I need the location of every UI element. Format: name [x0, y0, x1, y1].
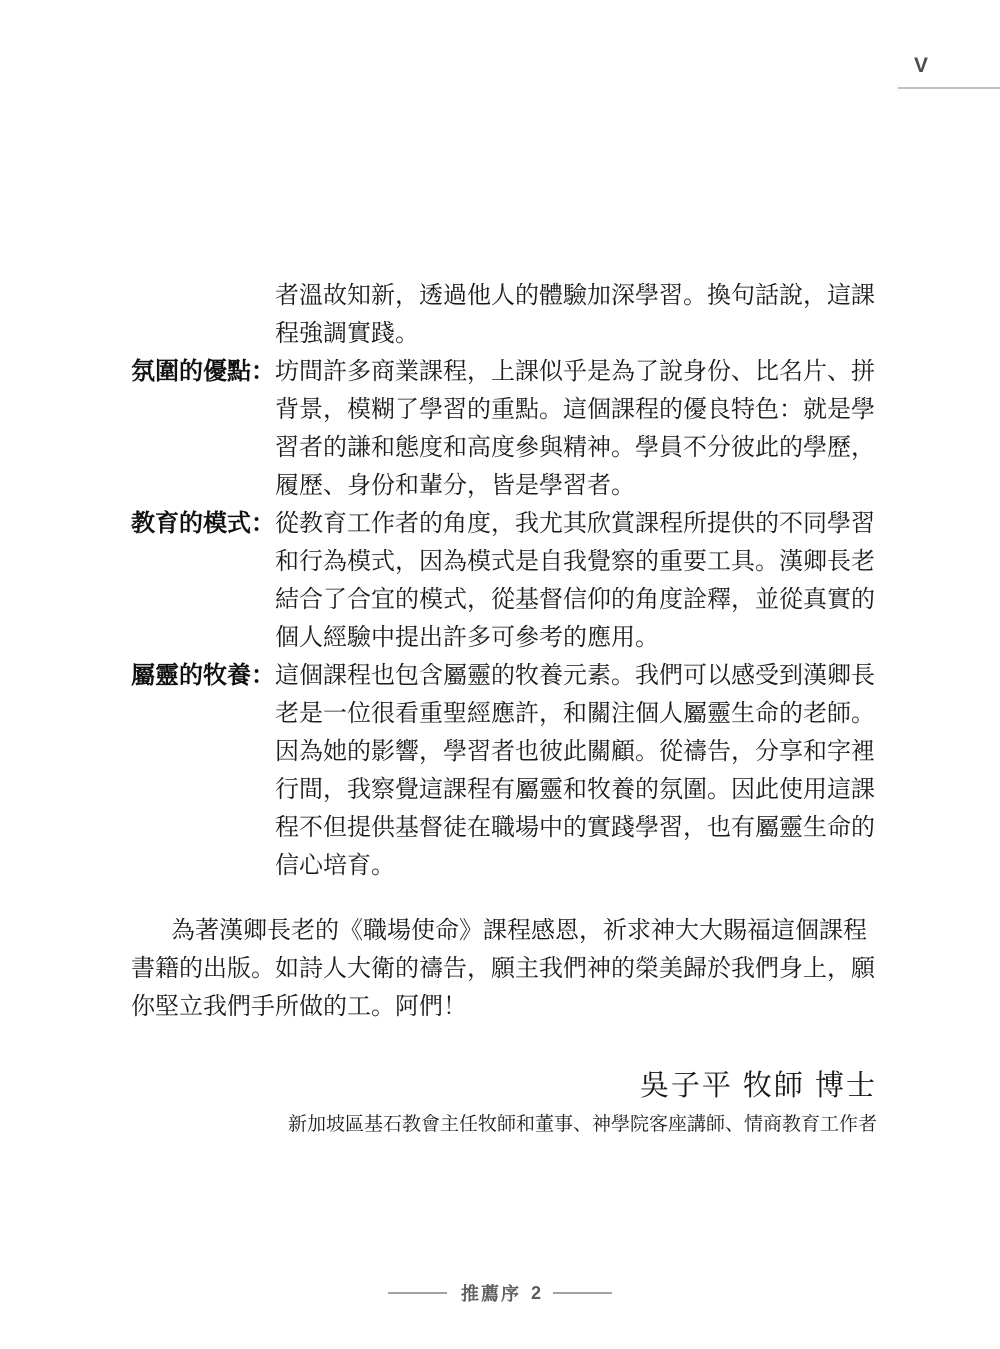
- page-footer: 推薦序 2: [0, 1280, 1000, 1306]
- definition-entry-continuation: 者溫故知新，透過他人的體驗加深學習。換句話說，這課 程強調實踐。: [131, 277, 877, 353]
- text-line: 和行為模式，因為模式是自我覺察的重要工具。漢卿長老: [275, 543, 877, 581]
- body-text: 者溫故知新，透過他人的體驗加深學習。換句話說，這課 程強調實踐。 氛圍的優點： …: [131, 277, 877, 1142]
- entry-label: 教育的模式：: [131, 505, 275, 543]
- text-line: 為著漢卿長老的《職場使命》課程感恩，祈求神大大賜福這個課程: [131, 912, 877, 950]
- text-line: 程不但提供基督徒在職場中的實踐學習，也有屬靈生命的: [275, 809, 877, 847]
- text-line: 程強調實踐。: [275, 315, 877, 353]
- text-line: 行間，我察覺這課程有屬靈和牧養的氛圍。因此使用這課: [275, 771, 877, 809]
- definition-entry-atmosphere: 氛圍的優點： 坊間許多商業課程，上課似乎是為了說身份、比名片、拼 背景，模糊了學…: [131, 353, 877, 505]
- book-page: V 者溫故知新，透過他人的體驗加深學習。換句話說，這課 程強調實踐。 氛圍的優點…: [0, 0, 1000, 1349]
- footer-rule-left: [388, 1292, 447, 1294]
- text-line: 信心培育。: [275, 847, 877, 885]
- entry-text: 者溫故知新，透過他人的體驗加深學習。換句話說，這課 程強調實踐。: [275, 277, 877, 353]
- text-line: 履歷、身份和輩分，皆是學習者。: [275, 467, 877, 505]
- text-line: 背景，模糊了學習的重點。這個課程的優良特色：就是學: [275, 391, 877, 429]
- entry-text: 坊間許多商業課程，上課似乎是為了說身份、比名片、拼 背景，模糊了學習的重點。這個…: [275, 353, 877, 505]
- entry-text: 從教育工作者的角度，我尤其欣賞課程所提供的不同學習 和行為模式，因為模式是自我覺…: [275, 505, 877, 657]
- folio-rule: [898, 87, 1000, 89]
- text-line: 你堅立我們手所做的工。阿們！: [131, 988, 877, 1026]
- closing-paragraph: 為著漢卿長老的《職場使命》課程感恩，祈求神大大賜福這個課程 書籍的出版。如詩人大…: [131, 912, 877, 1026]
- footer-rule-right: [553, 1292, 612, 1294]
- folio-number: V: [898, 54, 1000, 78]
- footer-section-label: 推薦序: [461, 1280, 521, 1306]
- definition-entry-spiritual: 屬靈的牧養： 這個課程也包含屬靈的牧養元素。我們可以感受到漢卿長 老是一位很看重…: [131, 657, 877, 885]
- signature-block: 吳子平 牧師 博士 新加坡區基石教會主任牧師和董事、神學院客座講師、情商教育工作…: [131, 1064, 877, 1142]
- signature-name: 吳子平 牧師 博士: [131, 1064, 877, 1108]
- text-line: 個人經驗中提出許多可參考的應用。: [275, 619, 877, 657]
- entry-text: 這個課程也包含屬靈的牧養元素。我們可以感受到漢卿長 老是一位很看重聖經應許，和關…: [275, 657, 877, 885]
- text-line: 這個課程也包含屬靈的牧養元素。我們可以感受到漢卿長: [275, 657, 877, 695]
- entry-label: 氛圍的優點：: [131, 353, 275, 391]
- text-line: 者溫故知新，透過他人的體驗加深學習。換句話說，這課: [275, 277, 877, 315]
- text-line: 習者的謙和態度和高度參與精神。學員不分彼此的學歷，: [275, 429, 877, 467]
- entry-label: 屬靈的牧養：: [131, 657, 275, 695]
- text-line: 從教育工作者的角度，我尤其欣賞課程所提供的不同學習: [275, 505, 877, 543]
- footer-page-number: 2: [531, 1283, 541, 1304]
- text-line: 因為她的影響，學習者也彼此關顧。從禱告，分享和字裡: [275, 733, 877, 771]
- text-line: 坊間許多商業課程，上課似乎是為了說身份、比名片、拼: [275, 353, 877, 391]
- signature-title: 新加坡區基石教會主任牧師和董事、神學院客座講師、情商教育工作者: [131, 1108, 877, 1142]
- page-folio: V: [898, 54, 1000, 78]
- text-line: 老是一位很看重聖經應許，和關注個人屬靈生命的老師。: [275, 695, 877, 733]
- text-line: 結合了合宜的模式，從基督信仰的角度詮釋，並從真實的: [275, 581, 877, 619]
- text-line: 書籍的出版。如詩人大衛的禱告，願主我們神的榮美歸於我們身上，願: [131, 950, 877, 988]
- definition-entry-education: 教育的模式： 從教育工作者的角度，我尤其欣賞課程所提供的不同學習 和行為模式，因…: [131, 505, 877, 657]
